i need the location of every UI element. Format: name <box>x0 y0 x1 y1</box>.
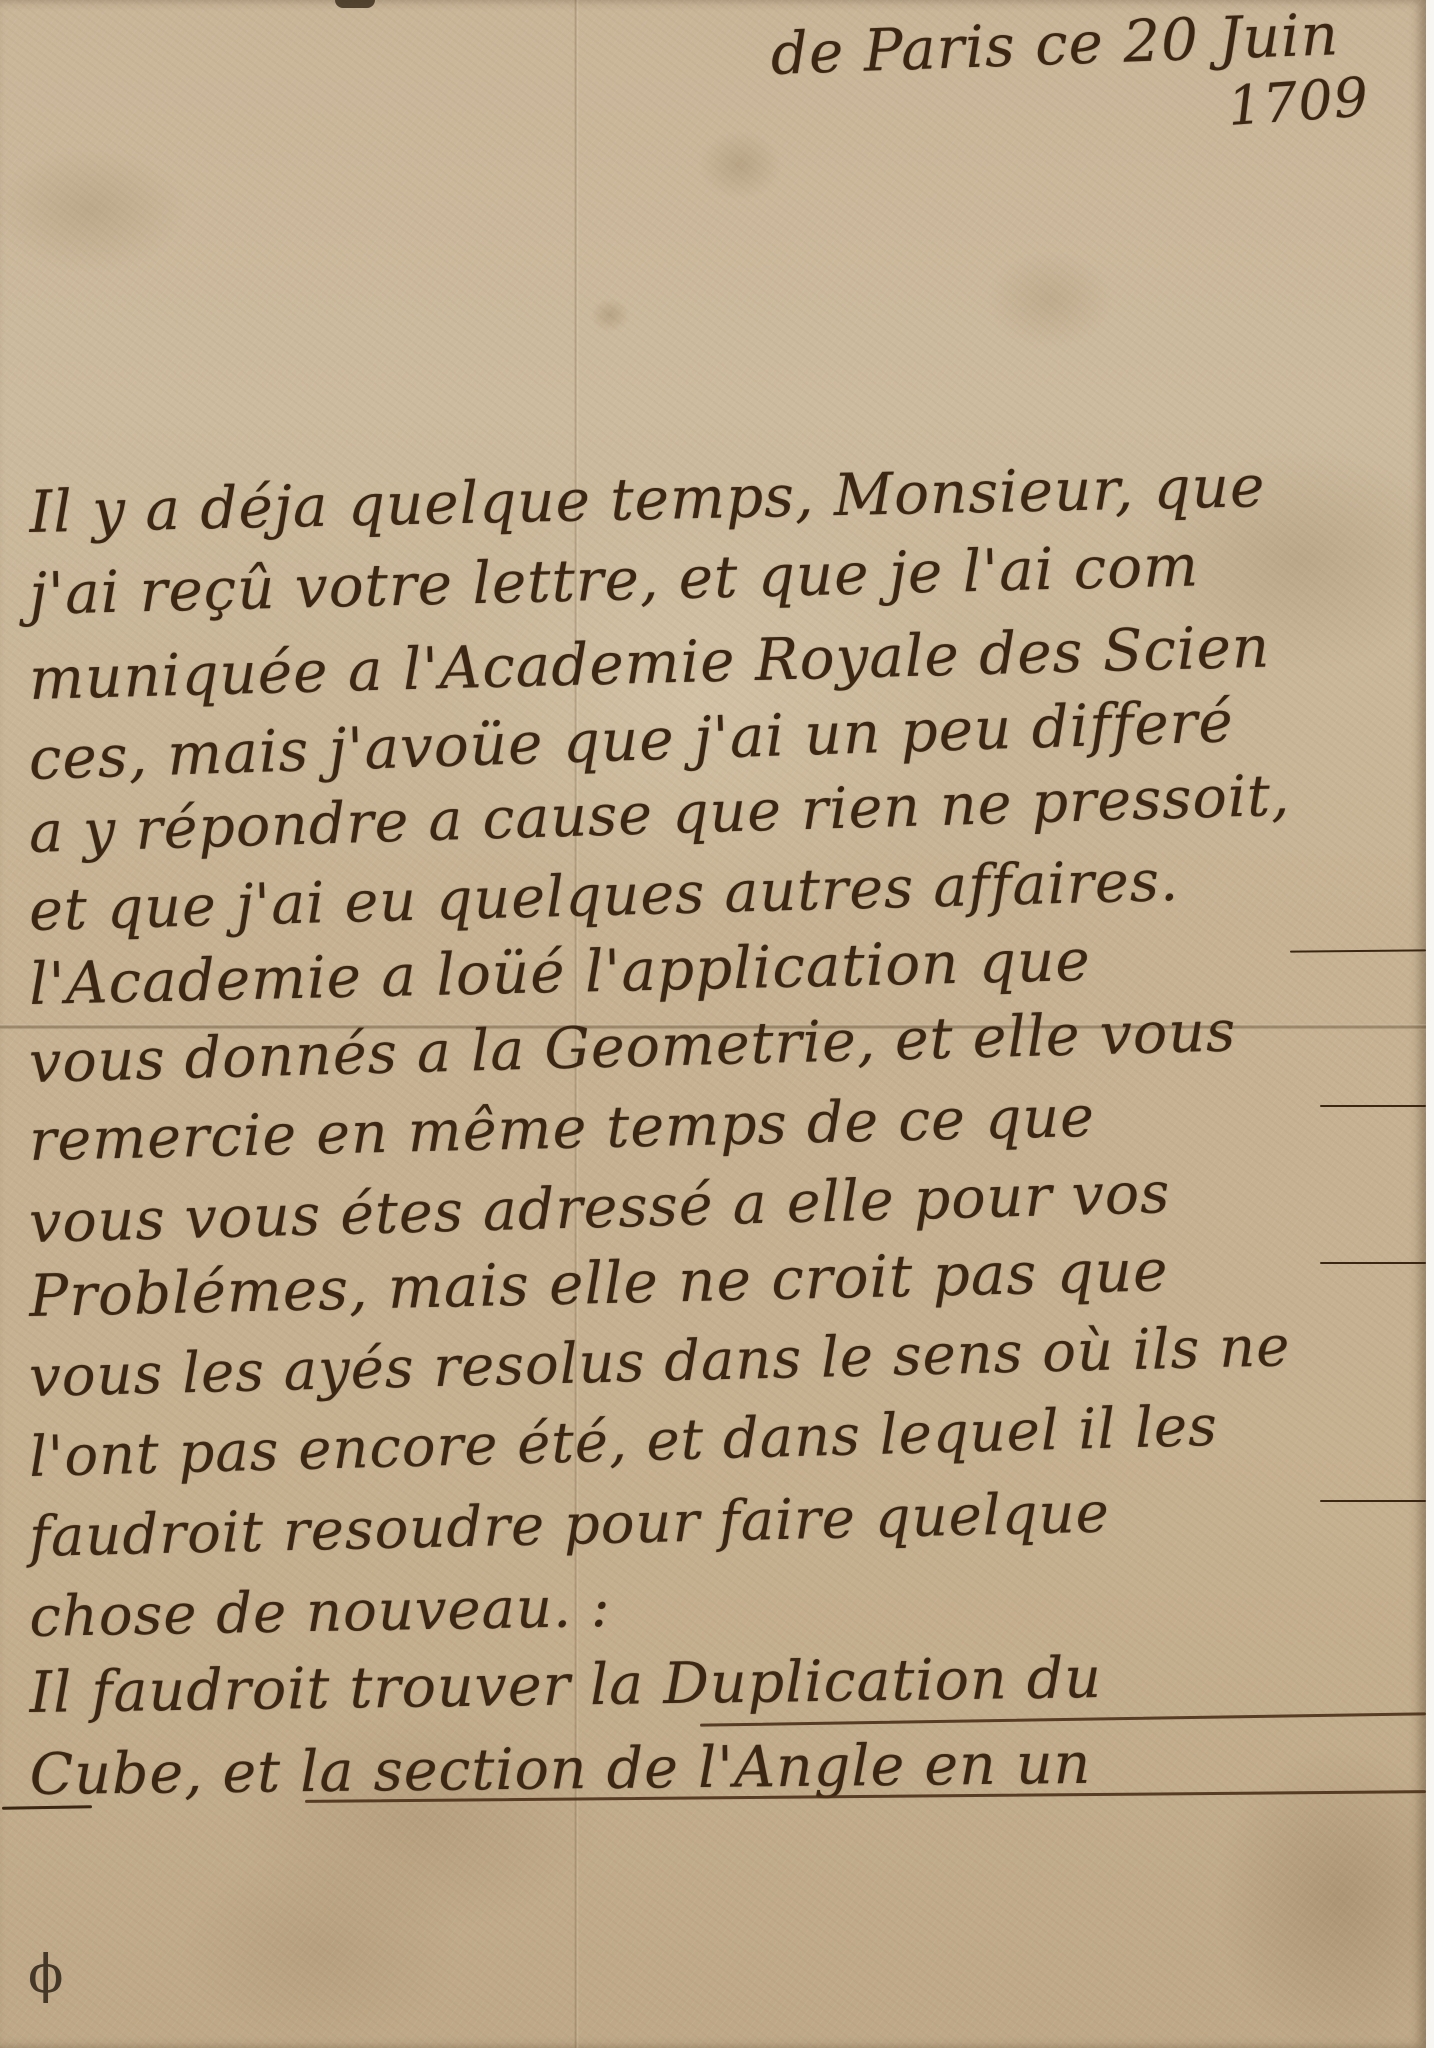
flourish-dash <box>2 1805 92 1810</box>
body-line-15: chose de nouveau. : <box>29 1561 1410 1650</box>
letter-page: de Paris ce 20 Juin 1709 Il y a déja que… <box>0 0 1426 2048</box>
scan-background-strip <box>1426 0 1434 2048</box>
margin-phi-symbol: ϕ <box>28 1945 63 2005</box>
body-line-16: Il faudroit trouver la Duplication du <box>29 1641 1410 1726</box>
line-end-flourish-4 <box>1320 1500 1426 1502</box>
year: 1709 <box>1226 65 1371 138</box>
line-end-flourish-3 <box>1320 1262 1426 1264</box>
body-line-14: faudroit resoudre pour faire quelque <box>29 1474 1410 1570</box>
top-edge-mark <box>335 0 375 8</box>
line-end-flourish-2 <box>1320 1105 1426 1107</box>
